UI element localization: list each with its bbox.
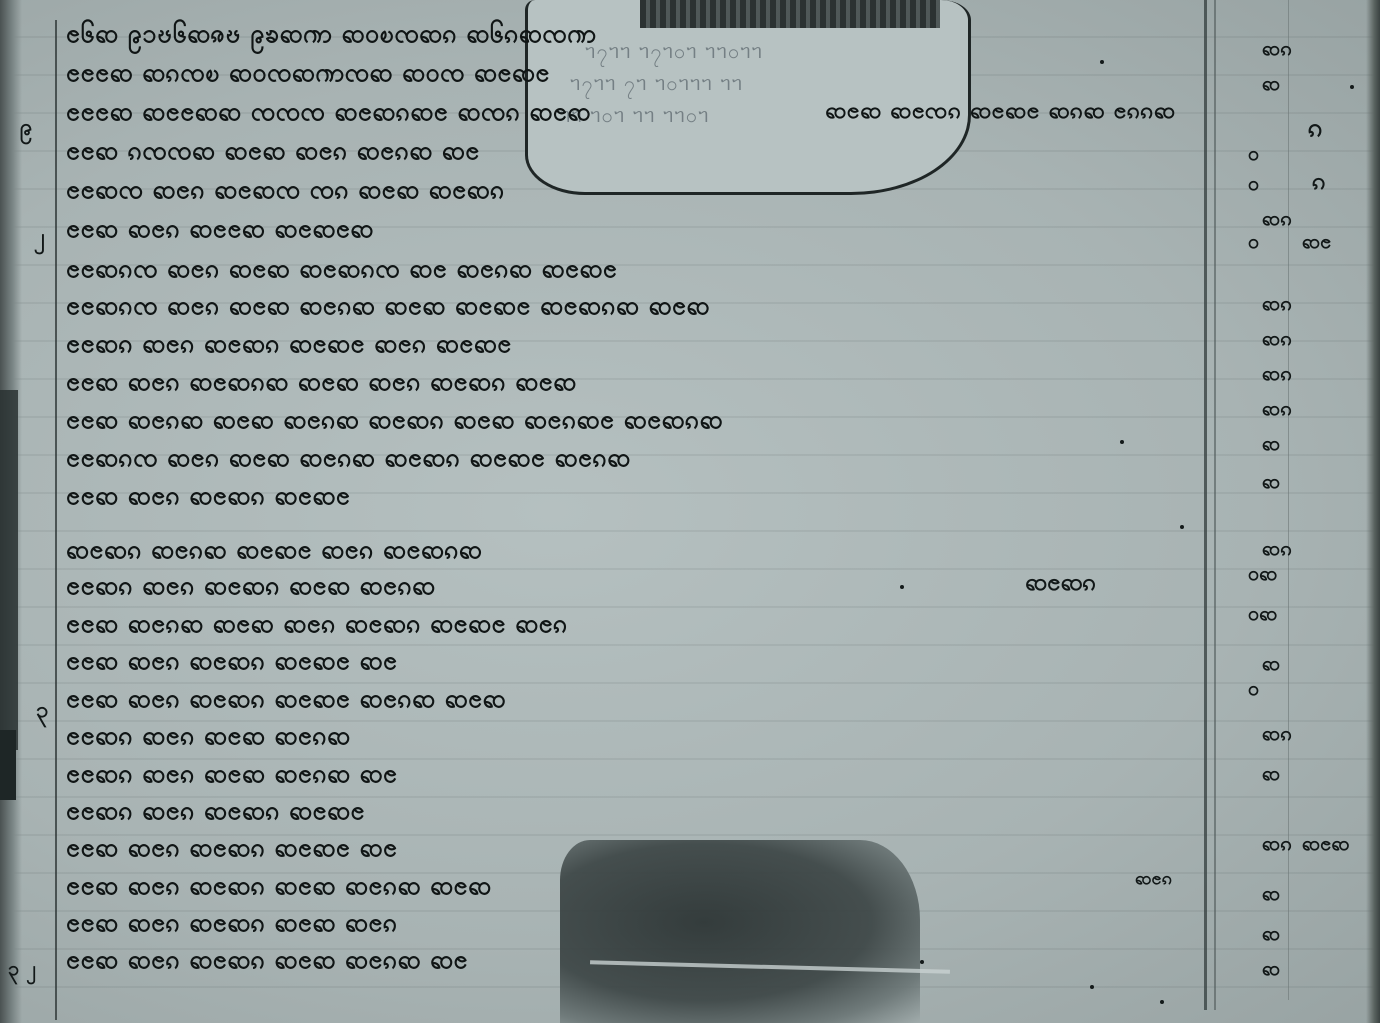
ink-speck <box>920 960 924 964</box>
text-line: ၔ၆ၹ ၉၁ၓ၆ၹၷၓ ၉ၶၹၮ ၹ၀ၿၸၹၵ ၹ၆ၵၹၸၮ <box>66 18 597 55</box>
column-entry: ၹၵ <box>1262 360 1292 390</box>
ink-speck <box>1180 525 1184 529</box>
column-entry: ၀ၹ <box>1248 560 1278 590</box>
text-line: ၔၔၔၹ ၹၔၔၹၹ ၸၸၸ ၹၔၹၵၹၔ ၹၸၵ ၹၔၹ <box>66 96 591 133</box>
column-entry: ၹ <box>1262 430 1280 460</box>
column-entry: ၹၵ <box>1262 830 1292 860</box>
column-entry: ၹ <box>1262 880 1280 910</box>
faded-line: ᥐ၇ᥐᥐ ᥐ၇ᥐ၀ᥐ ᥐᥐ၀ᥐᥐ <box>585 38 763 68</box>
text-line: ၔၔၹၸ ၹၔၵ ၹၔၹၸ ၸၵ ၹၔၹ ၹၔၹၵ <box>66 174 505 211</box>
manuscript-page: ᥐ၇ᥐᥐ ᥐ၇ᥐ၀ᥐ ᥐᥐ၀ᥐᥐ ᥐ၇ᥐᥐ ၇ᥐ ᥐ၀ᥐᥐᥐ ᥐᥐ ᥐᥐ ᥐ၀ᥐ… <box>0 0 1380 1023</box>
text-line: ၔၔၹ ၹၔၵ ၹၔၔၹ ၹၔၹၔၹ <box>66 213 374 250</box>
column-entry: ၹၵ <box>1262 290 1292 320</box>
text-line: ၔၔၹ ၹၔၵ ၹၔၹၵ ၹၔၹ ၹၔၵ <box>66 907 398 944</box>
text-line: ၔၔၹ ၹၔၵ ၹၔၹၵ ၹၔၹၔ ၹၔ <box>66 832 398 869</box>
column-side-entry: ၵ <box>1308 110 1323 149</box>
ink-speck <box>1160 1000 1164 1004</box>
column-side-entry: ၹၔ <box>1302 228 1332 258</box>
text-line: ၔၔၹ ၹၔၵ ၹၔၹၵ ၹၔၹၔ <box>66 480 350 517</box>
text-line: ၔၔၹၵ ၹၔၵ ၹၔၹၵ ၹၔၹ ၹၔၵၹ <box>66 570 436 607</box>
text-line: ၔၔၹ ၹၔၵ ၹၔၹၵ ၹၔၹၔ ၹၔ <box>66 645 398 682</box>
left-margin-mark: ၃ ၂ <box>8 955 36 985</box>
column-entry: ၹ <box>1262 760 1280 790</box>
text-line: ၔၔၹ ၹၔၵ ၹၔၹၵၹ ၹၔၹ ၹၔၵ ၹၔၹၵ ၹၔၹ <box>66 366 577 403</box>
column-side-entry: ၹၔၹ <box>1302 830 1350 860</box>
column-entry: ၀ <box>1248 140 1259 170</box>
text-line: ၔၔၹ ၵၸၸၹ ၹၔၹ ၹၔၵ ၹၔၵၹ ၹၔ <box>66 135 480 172</box>
ink-speck <box>1120 440 1124 444</box>
column-entry: ၹၵ <box>1262 720 1292 750</box>
text-line: ၔၔၹၵ ၹၔၵ ၹၔၹ ၹၔၵၹ <box>66 720 350 757</box>
page-right-edge <box>1366 0 1380 1023</box>
left-margin-mark: ၃ <box>36 695 48 728</box>
column-entry: ၹ <box>1262 650 1280 680</box>
text-line: ၔၔၹၵၸ ၹၔၵ ၹၔၹ ၹၔၹၵၸ ၹၔ ၹၔၵၹ ၹၔၹၔ <box>66 253 617 290</box>
left-margin-rule <box>55 20 57 1020</box>
column-entry: ၀ၹ <box>1248 600 1278 630</box>
text-line: ၔၔၹ ၹၔၵၹ ၹၔၹ ၹၔၵ ၹၔၹၵ ၹၔၹၔ ၹၔၵ <box>66 608 568 645</box>
right-column-rule <box>1204 0 1207 1010</box>
text-line: ၔၔၹ ၹၔၵၹ ၹၔၹ ၹၔၵၹ ၹၔၹၵ ၹၔၹ ၹၔၵၹၔ ၹၔၹၵၹ <box>66 404 723 441</box>
column-entry: ၹ <box>1262 468 1280 498</box>
signature-annotation: ၹၔၹၵ <box>1025 566 1096 602</box>
column-entry: ၹ <box>1262 955 1280 985</box>
page-left-shadow <box>0 390 18 750</box>
left-margin-mark: ၂ <box>34 222 45 255</box>
text-line: ၹၔၹၵ ၹၔၵၹ ၹၔၹၔ ၹၔၵ ၹၔၹၵၹ <box>66 534 482 571</box>
column-entry: ၹၵ <box>1262 325 1292 355</box>
column-entry: ၹၵ <box>1262 35 1292 65</box>
ink-speck <box>1100 60 1104 64</box>
text-line: ၔၔၔၹ ၹၵၸၿ ၹ၀ၸၹၮၸၹ ၹ၀ၸ ၹၔၹၔ <box>66 57 550 94</box>
ink-speck <box>900 585 904 589</box>
faded-line: ᥐ၇ᥐᥐ ၇ᥐ ᥐ၀ᥐᥐᥐ ᥐᥐ <box>570 70 743 100</box>
column-entry: ၀ <box>1248 675 1259 705</box>
text-line: ၔၔၹၵ ၹၔၵ ၹၔၹၵ ၹၔၹၔ ၹၔၵ ၹၔၹၔ <box>66 328 512 365</box>
column-entry: ၹၵ <box>1262 205 1292 235</box>
text-line: ၔၔၹ ၹၔၵ ၹၔၹၵ ၹၔၹ ၹၔၵၹ ၹၔ <box>66 944 468 981</box>
ink-stain-damage <box>560 840 920 1023</box>
page-left-shadow-lower <box>0 730 16 800</box>
text-line: ၔၔၹၵၸ ၹၔၵ ၹၔၹ ၹၔၵၹ ၹၔၹ ၹၔၹၔ ၹၔၹၵၹ ၹၔၹ <box>66 290 710 327</box>
text-line: ၔၔၹၵ ၹၔၵ ၹၔၹ ၹၔၵၹ ၹၔ <box>66 758 398 795</box>
column-entry: ၹ <box>1262 920 1280 950</box>
column-side-entry: ၵ <box>1312 165 1326 201</box>
left-margin-mark: ၉ <box>20 112 32 145</box>
column-entry: ၹၵ <box>1262 395 1292 425</box>
text-line: ၔၔၹ ၹၔၵ ၹၔၹၵ ၹၔၹ ၹၔၵၹ ၹၔၹ <box>66 870 491 907</box>
ink-speck <box>1090 985 1094 989</box>
text-line: ၔၔၹ ၹၔၵ ၹၔၹၵ ၹၔၹၔ ၹၔၵၹ ၹၔၹ <box>66 683 506 720</box>
right-column-rule-inner <box>1214 0 1216 1010</box>
text-line: ၔၔၹၵၸ ၹၔၵ ၹၔၹ ၹၔၵၹ ၹၔၹၵ ၹၔၹၔ ၹၔၵၹ <box>66 442 631 479</box>
ink-speck <box>1350 85 1354 89</box>
text-line-continuation: ၹၔၹ ၹၔၸၵ ၹၔၹၔ ၹၵၹ ၔၵၵၹ <box>825 96 1175 130</box>
column-entry: ၀ <box>1248 228 1259 258</box>
torn-edge-fragments <box>640 0 940 28</box>
column-entry: ၹ <box>1262 70 1280 100</box>
column-entry: ၀ <box>1248 170 1259 200</box>
lower-right-note: ၹၔၵ <box>1135 866 1172 893</box>
text-line: ၔၔၹၵ ၹၔၵ ၹၔၹၵ ၹၔၹၔ <box>66 795 365 832</box>
